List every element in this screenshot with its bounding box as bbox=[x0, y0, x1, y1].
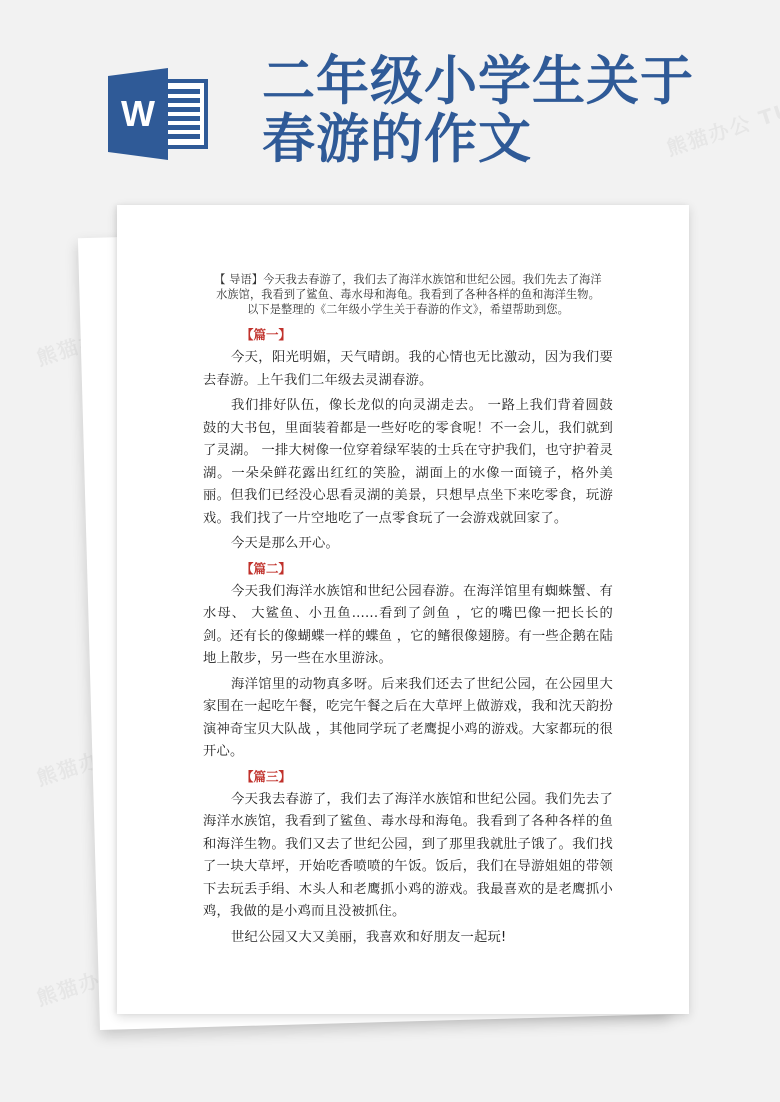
intro-line: 【 导语】今天我去春游了，我们去了海洋水族馆和世纪公园。我们先去了海洋 bbox=[203, 272, 613, 287]
paragraph: 今天是那么开心。 bbox=[203, 533, 613, 556]
section-label: 【篇一】 bbox=[241, 325, 613, 345]
svg-text:W: W bbox=[121, 93, 155, 134]
section-label: 【篇三】 bbox=[241, 767, 613, 787]
paragraph: 今天我去春游了，我们去了海洋水族馆和世纪公园。我们先去了海洋水族馆，我看到了鲨鱼… bbox=[203, 789, 613, 924]
word-document-icon: W bbox=[108, 68, 208, 160]
paragraph: 我们排好队伍，像长龙似的向灵湖走去。 一路上我们背着圆鼓鼓的大书包，里面装着都是… bbox=[203, 395, 613, 530]
page-title: 二年级小学生关于春游的作文 bbox=[262, 52, 732, 168]
section-label: 【篇二】 bbox=[241, 559, 613, 579]
essay-section-2: 【篇二】 今天我们海洋水族馆和世纪公园春游。在海洋馆里有蜘蛛蟹、有水母、 大鲨鱼… bbox=[203, 559, 613, 764]
paragraph: 海洋馆里的动物真多呀。后来我们还去了世纪公园，在公园里大家围在一起吃午餐，吃完午… bbox=[203, 674, 613, 764]
intro-summary: 【 导语】今天我去春游了，我们去了海洋水族馆和世纪公园。我们先去了海洋 水族馆，… bbox=[203, 272, 613, 317]
paragraph: 今天我们海洋水族馆和世纪公园春游。在海洋馆里有蜘蛛蟹、有水母、 大鲨鱼、小丑鱼.… bbox=[203, 581, 613, 671]
paragraph: 今天，阳光明媚，天气晴朗。我的心情也无比激动，因为我们要去春游。上午我们二年级去… bbox=[203, 347, 613, 392]
essay-section-3: 【篇三】 今天我去春游了，我们去了海洋水族馆和世纪公园。我们先去了海洋水族馆，我… bbox=[203, 767, 613, 950]
intro-line: 以下是整理的《二年级小学生关于春游的作文》，希望帮助到您。 bbox=[203, 302, 613, 317]
paragraph: 世纪公园又大又美丽，我喜欢和好朋友一起玩! bbox=[203, 927, 613, 950]
document-body: 【 导语】今天我去春游了，我们去了海洋水族馆和世纪公园。我们先去了海洋 水族馆，… bbox=[203, 272, 613, 952]
essay-section-1: 【篇一】 今天，阳光明媚，天气晴朗。我的心情也无比激动，因为我们要去春游。上午我… bbox=[203, 325, 613, 556]
intro-line: 水族馆，我看到了鲨鱼、毒水母和海龟。我看到了各种各样的鱼和海洋生物。 bbox=[203, 287, 613, 302]
